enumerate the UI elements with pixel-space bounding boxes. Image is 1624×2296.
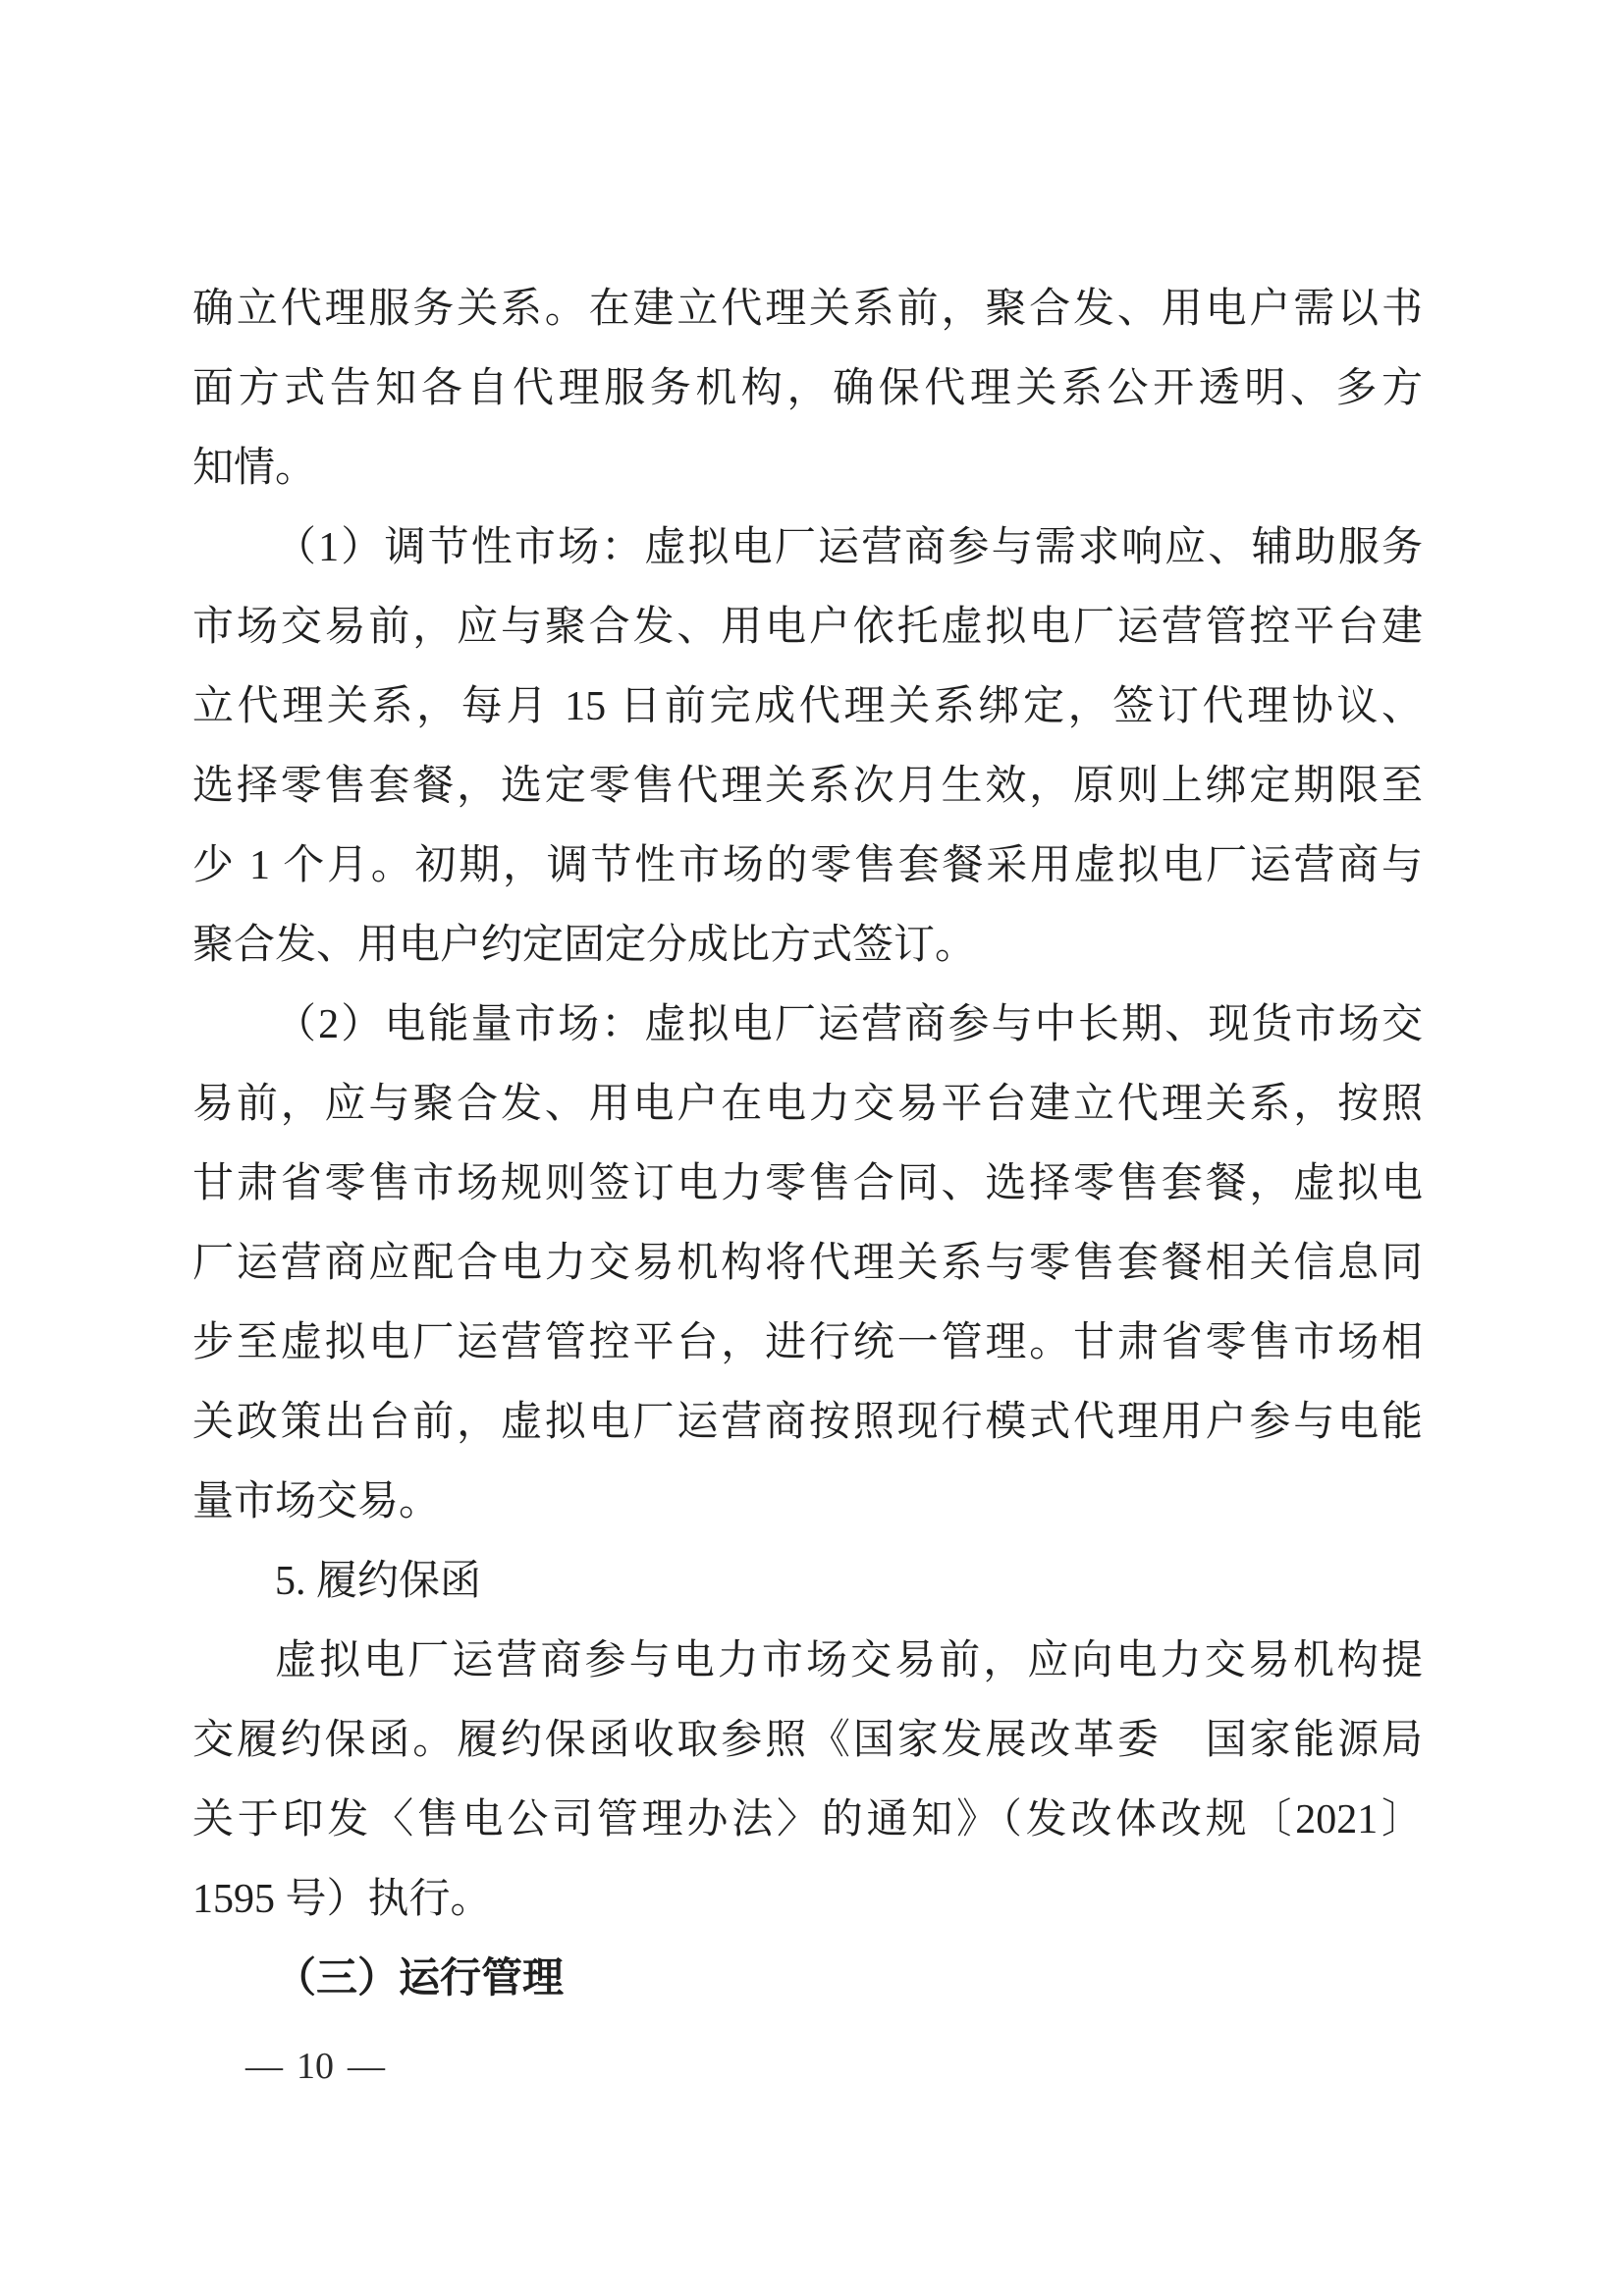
text-line: 聚合发、用电户约定固定分成比方式签订。 [192,906,1423,986]
text-line: 步至虚拟电厂运营管控平台，进行统一管理。甘肃省零售市场相 [192,1304,1423,1383]
text-line: 知情。 [192,429,1423,508]
text-line: （2）电能量市场：虚拟电厂运营商参与中长期、现货市场交 [192,986,1423,1065]
text-line: 关政策出台前，虚拟电厂运营商按照现行模式代理用户参与电能 [192,1383,1423,1463]
text-line: 量市场交易。 [192,1463,1423,1542]
text-line: （1）调节性市场：虚拟电厂运营商参与需求响应、辅助服务 [192,508,1423,588]
document-page: 确立代理服务关系。在建立代理关系前，聚合发、用电户需以书面方式告知各自代理服务机… [0,0,1624,2296]
text-line: 确立代理服务关系。在建立代理关系前，聚合发、用电户需以书 [192,270,1423,349]
text-line: 少 1 个月。初期，调节性市场的零售套餐采用虚拟电厂运营商与 [192,827,1423,906]
text-line: 立代理关系，每月 15 日前完成代理关系绑定，签订代理协议、 [192,667,1423,747]
text-line: 虚拟电厂运营商参与电力市场交易前，应向电力交易机构提 [192,1622,1423,1701]
text-line: 市场交易前，应与聚合发、用电户依托虚拟电厂运营管控平台建 [192,588,1423,667]
text-line: 1595 号）执行。 [192,1860,1423,1940]
page-number: 10 [297,2046,334,2087]
text-line: 易前，应与聚合发、用电户在电力交易平台建立代理关系，按照 [192,1065,1423,1145]
text-line: 面方式告知各自代理服务机构，确保代理关系公开透明、多方 [192,349,1423,429]
footer-dash-right: — [348,2046,385,2087]
document-body: 确立代理服务关系。在建立代理关系前，聚合发、用电户需以书面方式告知各自代理服务机… [192,270,1423,2019]
text-line: 甘肃省零售市场规则签订电力零售合同、选择零售套餐，虚拟电 [192,1145,1423,1224]
page-footer: —10— [245,2044,385,2089]
text-line: 5. 履约保函 [192,1542,1423,1622]
text-line: 厂运营商应配合电力交易机构将代理关系与零售套餐相关信息同 [192,1224,1423,1304]
footer-dash-left: — [245,2046,283,2087]
text-line: 选择零售套餐，选定零售代理关系次月生效，原则上绑定期限至 [192,747,1423,827]
text-line: 交履约保函。履约保函收取参照《国家发展改革委 国家能源局 [192,1701,1423,1781]
section-heading-line: （三）运行管理 [192,1940,1423,2019]
text-line: 关于印发〈售电公司管理办法〉的通知》（发改体改规〔2021〕 [192,1781,1423,1860]
